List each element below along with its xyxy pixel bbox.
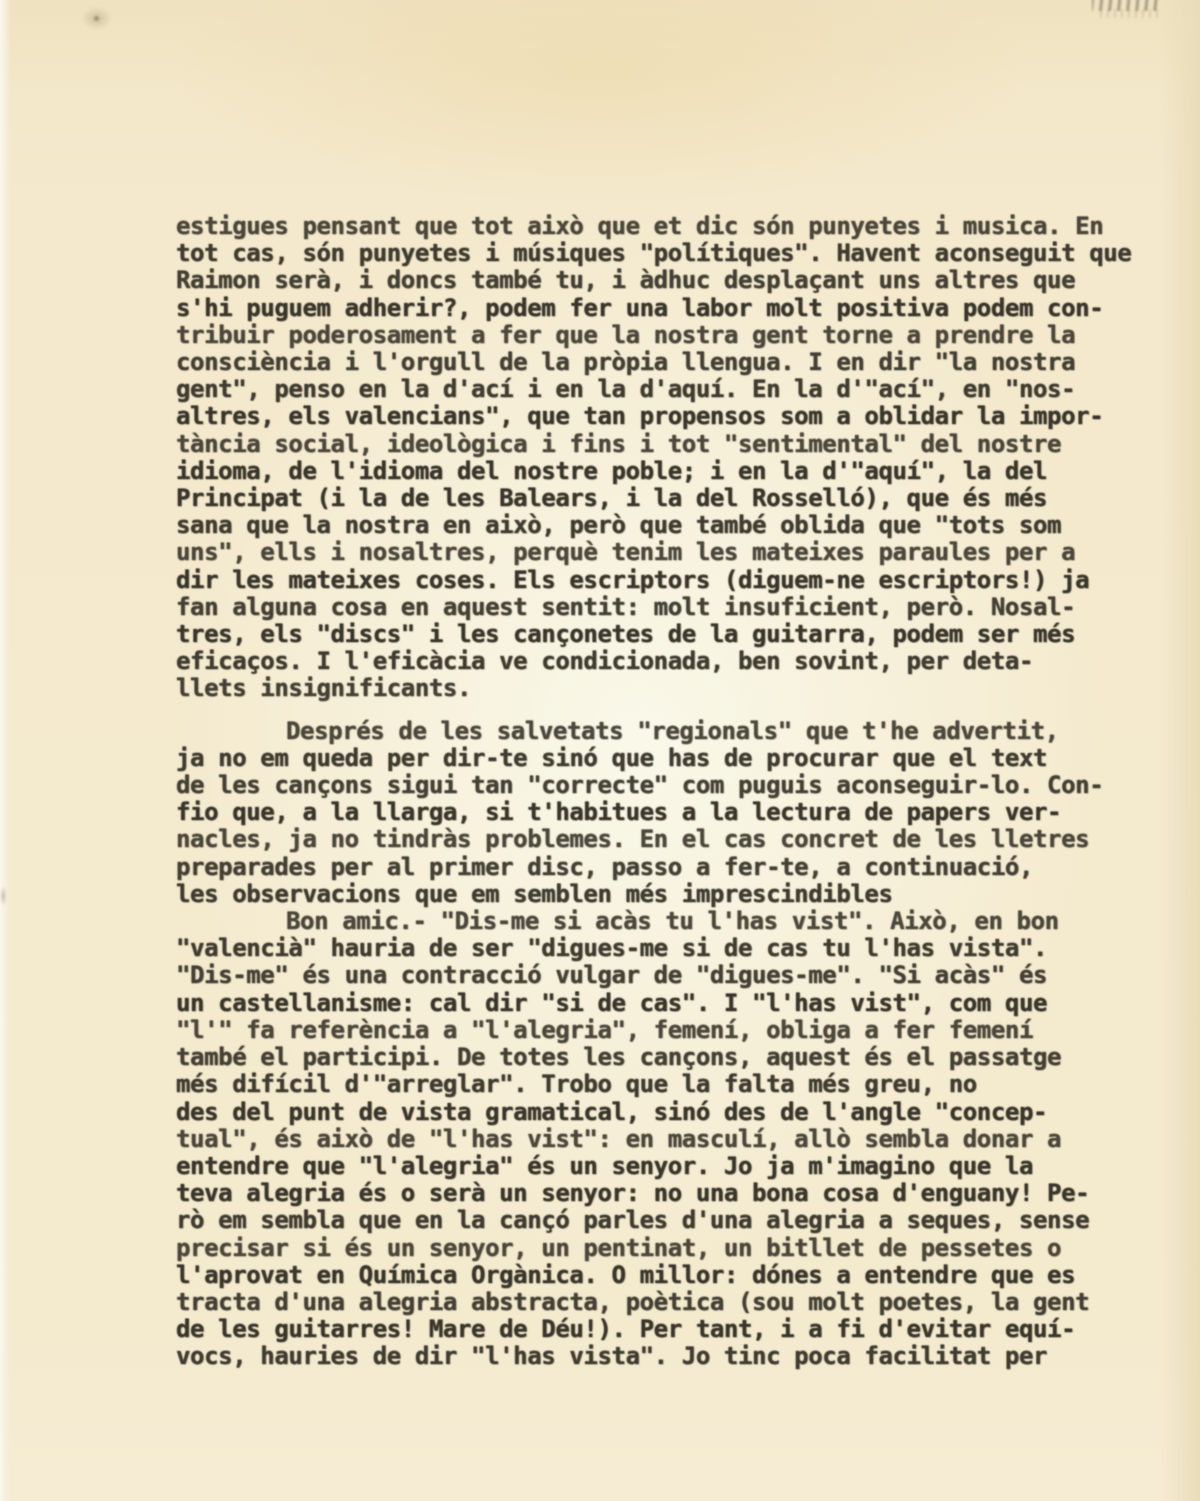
text-line: més difícil d'"arreglar". Trobo que la f…	[176, 1071, 1146, 1098]
text-line: ja no em queda per dir-te sinó que has d…	[176, 745, 1146, 772]
text-line: gent", penso en la d'ací i en la d'aquí.…	[176, 376, 1146, 403]
text-line: sana que la nostra en això, però que tam…	[176, 512, 1146, 539]
text-line: tual", és això de "l'has vist": en mascu…	[176, 1126, 1146, 1153]
text-line: les observacions que em semblen més impr…	[176, 881, 1146, 908]
text-line: tribuir poderosament a fer que la nostra…	[176, 322, 1146, 349]
paper-stain	[78, 4, 112, 30]
text-line: uns", ells i nosaltres, perquè tenim les…	[176, 539, 1146, 566]
text-line: fan alguna cosa en aquest sentit: molt i…	[176, 594, 1146, 621]
text-line: tracta d'una alegria abstracta, poètica …	[176, 1289, 1146, 1316]
text-line: idioma, de l'idioma del nostre poble; i …	[176, 458, 1146, 485]
paragraph: estigues pensant que tot això que et dic…	[176, 213, 1146, 703]
text-line: Bon amic.- "Dis-me si acàs tu l'has vist…	[176, 908, 1146, 935]
text-line: nacles, ja no tindràs problemes. En el c…	[176, 826, 1146, 853]
pencil-mark-strokes-faint	[1100, 9, 1158, 18]
text-line: altres, els valencians", que tan propens…	[176, 403, 1146, 430]
letter-page: estigues pensant que tot això que et dic…	[0, 0, 1200, 1501]
text-line: s'hi puguem adherir?, podem fer una labo…	[176, 295, 1146, 322]
text-line: tres, els "discs" i les cançonetes de la…	[176, 621, 1146, 648]
text-line: Després de les salvetats "regionals" que…	[176, 718, 1146, 745]
text-line: eficaços. I l'eficàcia ve condicionada, …	[176, 648, 1146, 675]
text-line: fio que, a la llarga, si t'habitues a la…	[176, 799, 1146, 826]
text-line: rò em sembla que en la cançó parles d'un…	[176, 1207, 1146, 1234]
text-line: consciència i l'orgull de la pròpia llen…	[176, 349, 1146, 376]
text-line: Principat (i la de les Balears, i la del…	[176, 485, 1146, 512]
text-line: tot cas, són punyetes i músiques "políti…	[176, 240, 1146, 267]
letter-text: estigues pensant que tot això que et dic…	[176, 213, 1146, 1371]
text-line: "Dis-me" és una contracció vulgar de "di…	[176, 962, 1146, 989]
paragraph: Bon amic.- "Dis-me si acàs tu l'has vist…	[176, 908, 1146, 1370]
text-line: "l'" fa referència a "l'alegria", femení…	[176, 1017, 1146, 1044]
corner-pencil-mark	[1092, 0, 1166, 21]
text-line: Raimon serà, i doncs també tu, i àdhuc d…	[176, 267, 1146, 294]
text-line: precisar si és un senyor, un pentinat, u…	[176, 1235, 1146, 1262]
paper-edge-nick	[0, 886, 13, 906]
text-line: de les guitarres! Mare de Déu!). Per tan…	[176, 1316, 1146, 1343]
text-line: "valencià" hauria de ser "digues-me si d…	[176, 935, 1146, 962]
text-line: també el participi. De totes les cançons…	[176, 1044, 1146, 1071]
text-line: dir les mateixes coses. Els escriptors (…	[176, 567, 1146, 594]
text-line: des del punt de vista gramatical, sinó d…	[176, 1099, 1146, 1126]
scan-edge	[0, 0, 11, 1501]
ink-speck	[94, 16, 99, 21]
text-line: l'aprovat en Química Orgànica. O millor:…	[176, 1262, 1146, 1289]
text-line: estigues pensant que tot això que et dic…	[176, 213, 1146, 240]
text-line: vocs, hauries de dir "l'has vista". Jo t…	[176, 1343, 1146, 1370]
text-line: de les cançons sigui tan "correcte" com …	[176, 772, 1146, 799]
text-line: entendre que "l'alegria" és un senyor. J…	[176, 1153, 1146, 1180]
text-line: un castellanisme: cal dir "si de cas". I…	[176, 990, 1146, 1017]
text-line: teva alegria és o serà un senyor: no una…	[176, 1180, 1146, 1207]
paragraph: Després de les salvetats "regionals" que…	[176, 718, 1146, 908]
text-line: llets insignificants.	[176, 675, 1146, 702]
text-line: preparades per al primer disc, passo a f…	[176, 854, 1146, 881]
text-line: tància social, ideològica i fins i tot "…	[176, 431, 1146, 458]
